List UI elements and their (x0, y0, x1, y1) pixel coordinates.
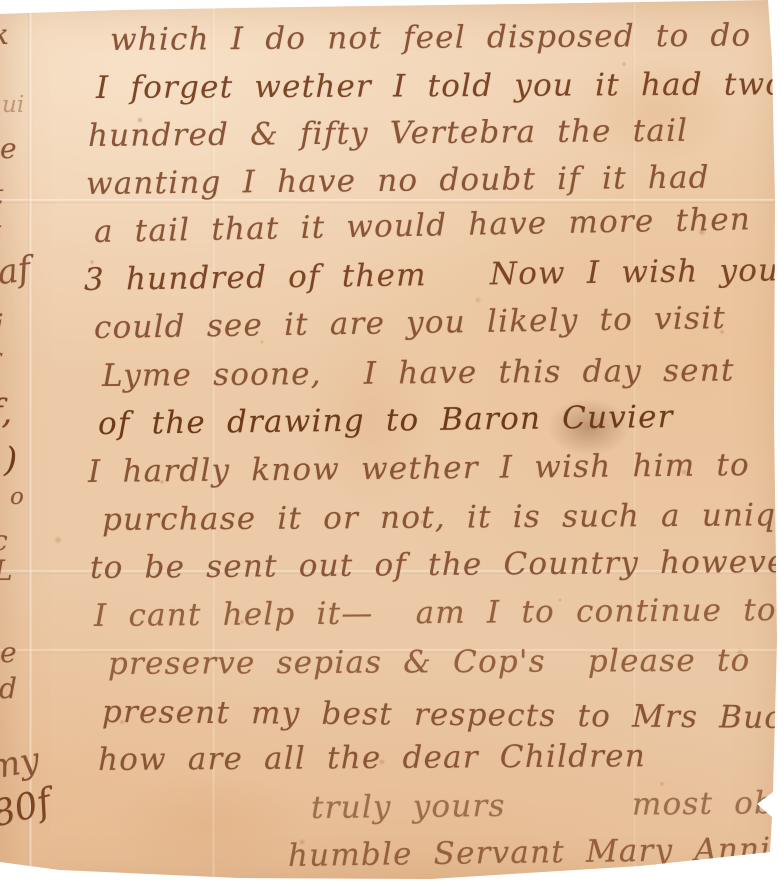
margin-fragment-6: taf (0, 249, 33, 295)
margin-fragment-17: 80f (0, 781, 55, 835)
letter-photograph: kuietttafjff,)ocLeidmy80f which I do not… (0, 0, 784, 888)
letter-line-18: humble Servant Mary Anning (288, 825, 784, 880)
margin-fragment-4: t (0, 178, 3, 211)
letter-line-2: I forget wether I told you it had two (96, 60, 784, 112)
margin-fragment-15: id (0, 672, 17, 705)
left-margin-fragments: kuietttafjff,)ocLeidmy80f (0, 0, 90, 888)
letter-line-17: truly yours most obliged (311, 779, 784, 832)
margin-fragment-14: e (0, 636, 17, 669)
letter-line-13: I cant help it— am I to continue to (94, 586, 784, 640)
margin-fragment-2: ui (2, 92, 24, 118)
letter-line-3: hundred & fifty Vertebra the tail (88, 106, 784, 160)
letter-line-11: purchase it or not, it is such a unique (102, 491, 784, 544)
margin-fragment-7: j (0, 308, 3, 341)
margin-fragment-10: ) (4, 440, 17, 480)
letter-paper: kuietttafjff,)ocLeidmy80f which I do not… (0, 0, 784, 888)
letter-line-16: how are all the dear Children (98, 731, 784, 784)
margin-fragment-3: e (0, 132, 17, 165)
margin-fragment-12: c (0, 524, 8, 557)
letter-line-9: of the drawing to Baron Cuvier (98, 391, 784, 448)
margin-fragment-5: t (0, 214, 1, 247)
letter-line-14: preserve sepias & Cop's please to (108, 636, 784, 688)
margin-fragment-1: k (0, 18, 9, 51)
margin-fragment-11: o (10, 484, 24, 510)
letter-line-7: could see it are you likely to visit (94, 293, 784, 352)
letter-line-10: I hardly know wether I wish him to (88, 441, 784, 496)
letter-line-12: to be sent out of the Country however (90, 538, 784, 592)
margin-fragment-16: my (0, 740, 43, 788)
margin-fragment-9: f, (0, 392, 12, 432)
letter-text: which I do not feel disposed to doI forg… (96, 16, 784, 880)
margin-fragment-13: L (0, 554, 13, 587)
letter-line-1: which I do not feel disposed to do (110, 11, 784, 64)
